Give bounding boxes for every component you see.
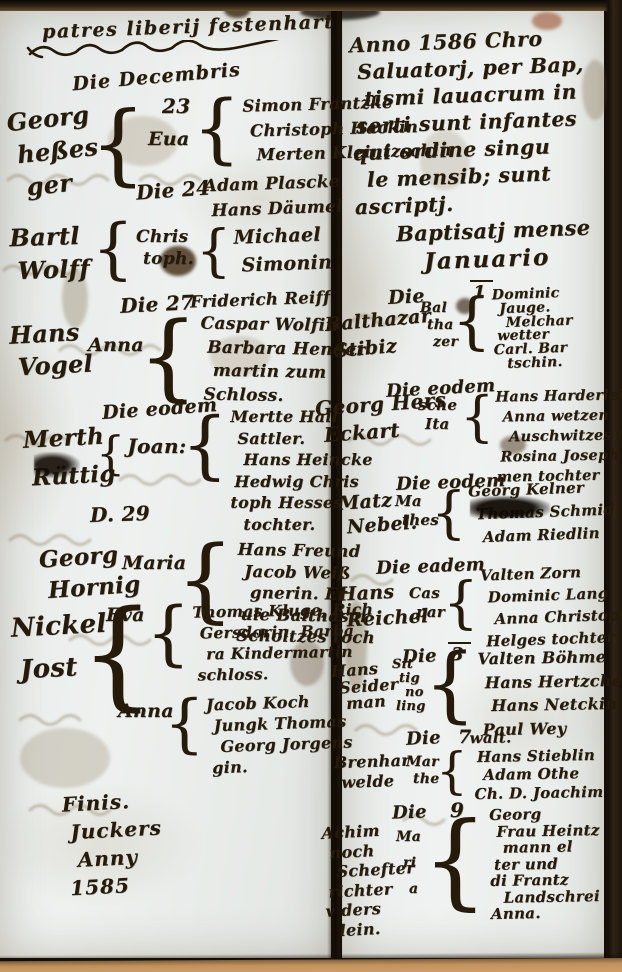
baptism-entry: HansSeiderman Sittignoling { Valten Böhm…	[332, 644, 622, 740]
flourish-underline	[26, 40, 282, 66]
parent-name: Georgheßesger	[5, 98, 93, 205]
child-name: Christoph.	[136, 226, 194, 270]
godparent-names: walt.Hans StieblinAdam OtheCh. D. Joachi…	[469, 727, 603, 803]
day-heading: D. 29	[90, 501, 151, 527]
parent-name: MatzNebel.	[337, 488, 394, 540]
parent-name: BartlWolff	[9, 219, 91, 288]
parent-name: NickelJost	[10, 604, 80, 691]
day-number: 23	[162, 94, 190, 118]
parent-name: HansSeiderman	[330, 660, 391, 713]
baptism-entry: BartlWolff { Christoph. { MichaelSimonin	[10, 214, 331, 286]
child-name: Eua	[148, 128, 190, 150]
baptism-entry: BalthazarStibiz Balthazer { DominicJauge…	[326, 288, 573, 371]
godparent-names: DominicJauge.MelcharwetterCarl. Bartschi…	[492, 287, 575, 373]
year-footer: Finis.JuckersAnny1585	[61, 785, 165, 902]
baptism-entry: HansReichel Caspar { Valten ZornDominic …	[339, 560, 622, 650]
godparent-names: MichaelSimonin	[233, 220, 333, 279]
brace-mark: {	[146, 598, 191, 668]
godparent-names: GeorgFrau Heintzmann elter unddi FrantzL…	[489, 805, 601, 922]
intro-text: Anno 1586 ChroSaluatorj, per Bap,tismi l…	[349, 24, 605, 222]
child-name: Anna	[88, 334, 136, 356]
parent-name: HansVogel	[8, 316, 81, 384]
baptism-entry: AchimnochSchefterrichterv derslein. Mari…	[324, 802, 600, 939]
baptism-entry: HansVogel Anna { Caspar WolfinBarbara He…	[10, 310, 366, 408]
godparent-names: Valten ZornDominic LangAnna ChristophHel…	[479, 559, 622, 652]
brace-mark: {	[452, 290, 491, 352]
brace-mark: {	[436, 746, 468, 796]
brace-mark: {	[443, 576, 479, 632]
ink-blot	[34, 452, 80, 478]
parent-name: Georg HersEckart	[314, 389, 418, 450]
baptism-entry: Brenharwelde Marthe { walt.Hans Stieblin…	[334, 728, 603, 802]
brace-mark: {	[192, 90, 240, 166]
parent-name: HansReichel	[338, 578, 409, 633]
parent-name: BalthazarStibiz	[324, 304, 420, 366]
parent-name: AchimnochSchefterrichterv derslein.	[321, 820, 397, 941]
child-name: Anna	[118, 700, 162, 722]
brace-mark: {	[431, 486, 467, 542]
brace-mark: {	[164, 692, 205, 756]
brace-mark: {	[181, 408, 228, 482]
child-name: Eva	[106, 604, 144, 626]
child-name: Joan:	[127, 434, 179, 458]
godparent-names: Hans HarderleinAnna wetzenAuschwitzes to…	[496, 384, 622, 487]
brace-mark: {	[92, 216, 134, 282]
book-edge-bottom	[0, 958, 622, 972]
brace-mark: {	[90, 100, 146, 188]
brace-mark: {	[196, 224, 232, 280]
book-edge-top	[0, 0, 622, 11]
ink-blot-strikeout	[470, 496, 550, 518]
brace-mark: {	[460, 390, 494, 444]
child-column: 23 Eua	[148, 94, 190, 150]
manuscript-scan: patres liberij festenhart Die Decembris …	[0, 0, 622, 972]
brace-mark: {	[422, 808, 488, 912]
brace-mark: {	[424, 644, 476, 726]
baptism-subentry: Anna { Jacob KochJungk ThomasGeorg Jorge…	[118, 692, 352, 776]
brace-mark: {	[138, 310, 198, 405]
section-heading-month: Januario	[424, 244, 551, 275]
child-name: Marthe	[406, 754, 434, 788]
parent-name: Brenharwelde	[333, 751, 404, 793]
